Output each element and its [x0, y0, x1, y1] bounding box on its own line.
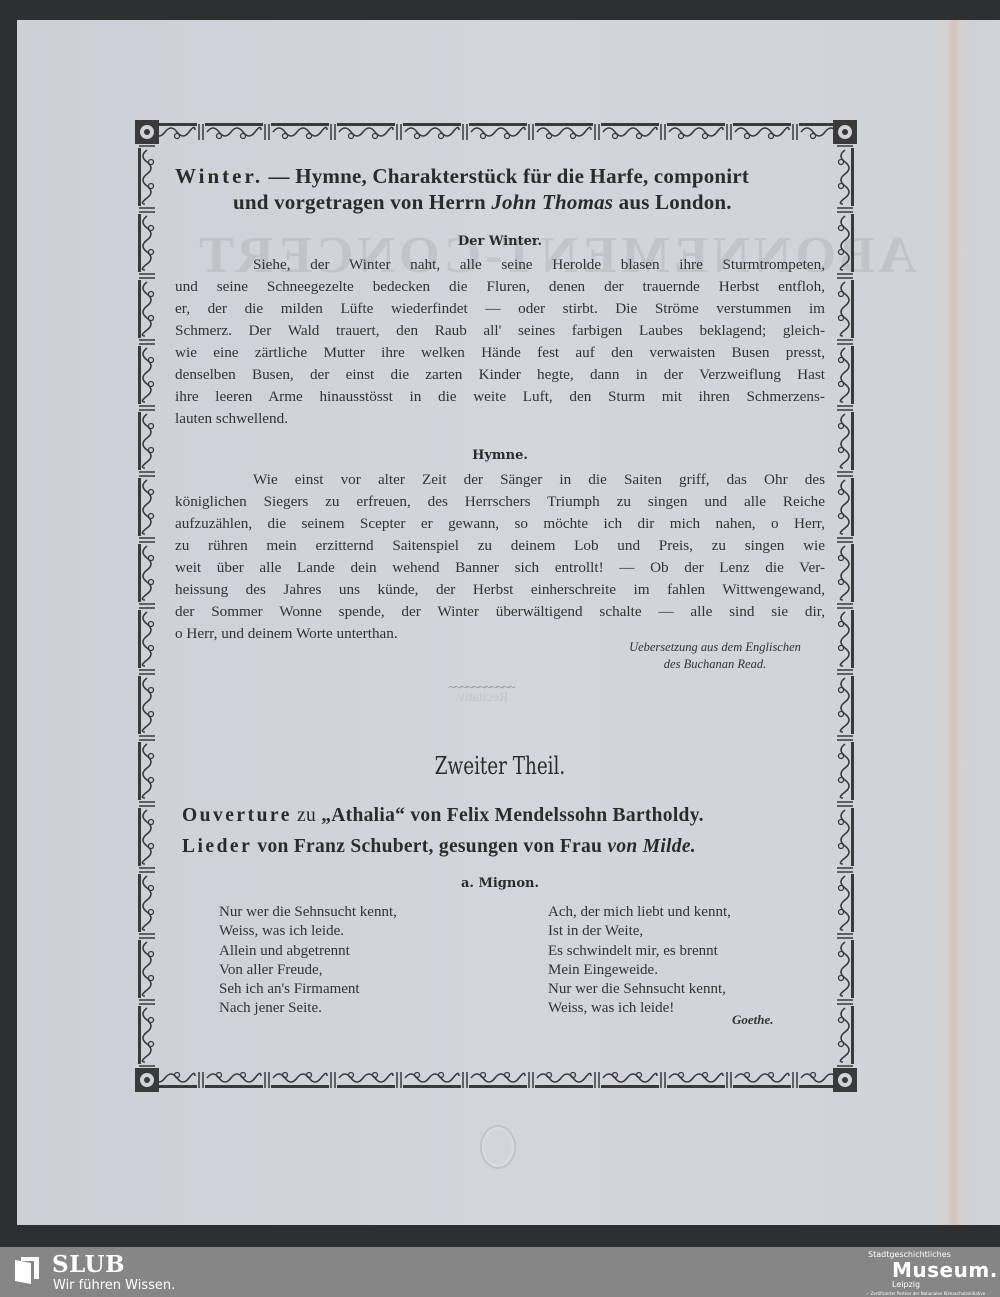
embossed-stamp-icon — [480, 1125, 516, 1169]
piece-heading-line1: Winter. — Hymne, Charakterstück für die … — [175, 164, 749, 189]
overture-line: Ouverture zu „Athalia“ von Felix Mendels… — [182, 805, 704, 827]
border-top — [135, 120, 857, 144]
section-title-hymne: Hymne. — [170, 448, 830, 463]
slub-tagline: Wir führen Wissen. — [53, 1278, 175, 1293]
translation-credit: Uebersetzung aus dem Englischen des Buch… — [600, 639, 830, 673]
section-text-hymne: Wie einst vor alter Zeit der Sänger in d… — [175, 469, 825, 645]
page-fold — [947, 20, 961, 1225]
slub-title: SLUB — [52, 1251, 125, 1278]
section-text-der-winter: Siehe, der Winter naht, alle seine Herol… — [175, 254, 825, 430]
footer-bar: SLUB Wir führen Wissen. Stadtgeschichtli… — [0, 1247, 1000, 1297]
border-right — [833, 144, 857, 1068]
song-title-mignon: a. Mignon. — [170, 876, 830, 891]
section-title-der-winter: Der Winter. — [170, 234, 830, 249]
slub-logo-icon — [12, 1257, 42, 1284]
lieder-line: Lieder von Franz Schubert, gesungen von … — [182, 836, 696, 858]
part-two-title: Zweiter Theil. — [220, 752, 781, 780]
poem-left-column: Nur wer die Sehnsucht kennt, Weiss, was … — [219, 903, 397, 1019]
poem-right-column: Ach, der mich liebt und kennt, Ist in de… — [548, 903, 731, 1019]
performer-name: John Thomas — [491, 190, 613, 214]
border-left — [135, 144, 159, 1068]
border-bottom — [135, 1068, 857, 1092]
poem-author: Goethe. — [732, 1012, 774, 1028]
piece-heading-line2: und vorgetragen von Herrn John Thomas au… — [233, 190, 732, 215]
singer-name: von Milde. — [607, 836, 696, 857]
ornamental-divider: ~~~~~~~~~~~ — [448, 679, 514, 695]
